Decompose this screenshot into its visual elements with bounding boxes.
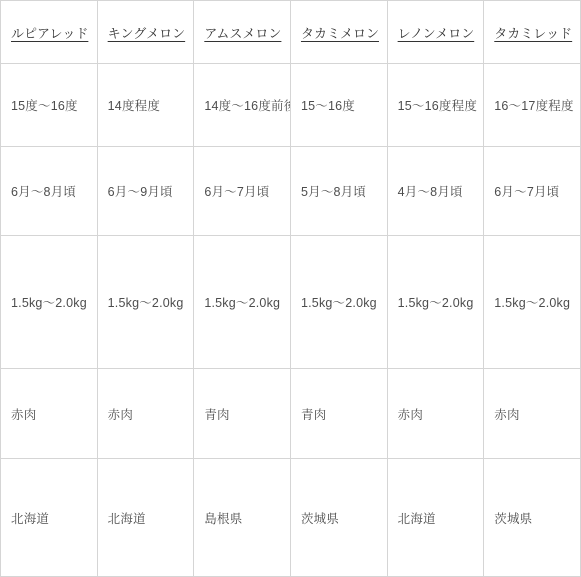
sugar-content-cell: 14度程度: [97, 64, 194, 147]
melon-variety-link-amsmelon[interactable]: アムスメロン: [204, 26, 281, 41]
melon-variety-link-lennonmelon[interactable]: レノンメロン: [398, 26, 475, 41]
flesh-color-cell: 赤肉: [387, 369, 484, 459]
origin-cell: 茨城県: [290, 459, 387, 577]
sugar-content-cell: 16〜17度程度: [484, 64, 581, 147]
season-cell: 6月〜7月頃: [194, 147, 291, 236]
flesh-color-cell: 赤肉: [97, 369, 194, 459]
melon-variety-link-takamimelon[interactable]: タカミメロン: [301, 26, 379, 41]
season-cell: 6月〜7月頃: [484, 147, 581, 236]
weight-cell: 1.5kg〜2.0kg: [290, 236, 387, 369]
sugar-content-cell: 15〜16度程度: [387, 64, 484, 147]
origin-cell: 茨城県: [484, 459, 581, 577]
flesh-color-cell: 赤肉: [484, 369, 581, 459]
flesh-color-cell: 青肉: [194, 369, 291, 459]
table-row-season: 6月〜8月頃 6月〜9月頃 6月〜7月頃 5月〜8月頃 4月〜8月頃 6月〜7月…: [1, 147, 581, 236]
origin-cell: 島根県: [194, 459, 291, 577]
table-row-sugar-content: 15度〜16度 14度程度 14度〜16度前後 15〜16度 15〜16度程度 …: [1, 64, 581, 147]
season-cell: 4月〜8月頃: [387, 147, 484, 236]
column-header-cell: アムスメロン: [194, 1, 291, 64]
table-header-row: ルピアレッド キングメロン アムスメロン タカミメロン レノンメロン タカミレッ…: [1, 1, 581, 64]
weight-cell: 1.5kg〜2.0kg: [484, 236, 581, 369]
season-cell: 5月〜8月頃: [290, 147, 387, 236]
flesh-color-cell: 赤肉: [1, 369, 98, 459]
weight-cell: 1.5kg〜2.0kg: [1, 236, 98, 369]
melon-variety-link-kingmelon[interactable]: キングメロン: [108, 26, 185, 41]
origin-cell: 北海道: [1, 459, 98, 577]
sugar-content-cell: 15〜16度: [290, 64, 387, 147]
season-cell: 6月〜8月頃: [1, 147, 98, 236]
melon-variety-link-rupiared[interactable]: ルピアレッド: [11, 26, 88, 41]
column-header-cell: レノンメロン: [387, 1, 484, 64]
weight-cell: 1.5kg〜2.0kg: [387, 236, 484, 369]
column-header-cell: タカミメロン: [290, 1, 387, 64]
melon-variety-link-takamired[interactable]: タカミレッド: [494, 26, 572, 41]
column-header-cell: ルピアレッド: [1, 1, 98, 64]
origin-cell: 北海道: [97, 459, 194, 577]
melon-comparison-table: ルピアレッド キングメロン アムスメロン タカミメロン レノンメロン タカミレッ…: [0, 0, 581, 577]
weight-cell: 1.5kg〜2.0kg: [194, 236, 291, 369]
sugar-content-cell: 14度〜16度前後: [194, 64, 291, 147]
column-header-cell: タカミレッド: [484, 1, 581, 64]
weight-cell: 1.5kg〜2.0kg: [97, 236, 194, 369]
origin-cell: 北海道: [387, 459, 484, 577]
table-row-weight: 1.5kg〜2.0kg 1.5kg〜2.0kg 1.5kg〜2.0kg 1.5k…: [1, 236, 581, 369]
table-row-flesh-color: 赤肉 赤肉 青肉 青肉 赤肉 赤肉: [1, 369, 581, 459]
column-header-cell: キングメロン: [97, 1, 194, 64]
table-row-origin: 北海道 北海道 島根県 茨城県 北海道 茨城県: [1, 459, 581, 577]
flesh-color-cell: 青肉: [290, 369, 387, 459]
sugar-content-cell: 15度〜16度: [1, 64, 98, 147]
season-cell: 6月〜9月頃: [97, 147, 194, 236]
